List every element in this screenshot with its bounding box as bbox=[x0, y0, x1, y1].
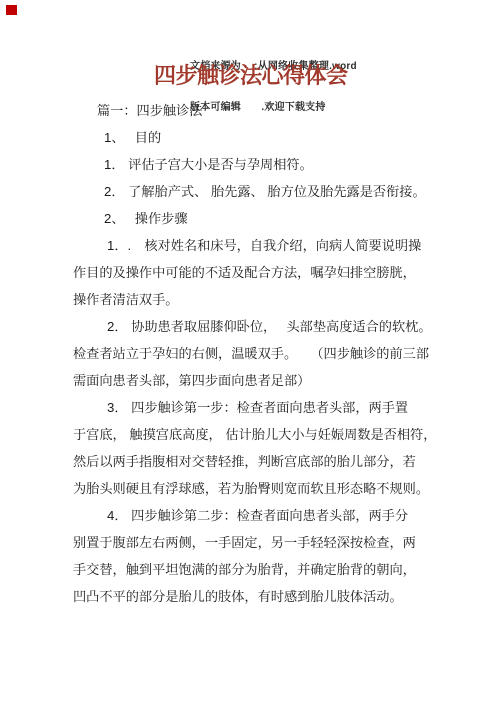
text-line: 篇一：四步触诊法 bbox=[0, 97, 500, 124]
text-line: 1、 目的 bbox=[0, 124, 500, 151]
text-line: 1． 评估子宫大小是否与孕周相符。 bbox=[0, 151, 500, 178]
text-line: 作目的及操作中可能的不适及配合方法，嘱孕妇排空膀胱， bbox=[0, 259, 500, 286]
text-line: 然后以两手指腹相对交替轻推，判断宫底部的胎儿部分，若 bbox=[0, 448, 500, 475]
text-line: 于宫底， 触摸宫底高度， 估计胎儿大小与妊娠周数是否相符， bbox=[0, 421, 500, 448]
text-line: 手交替，触到平坦饱满的部分为胎背，并确定胎背的朝向， bbox=[0, 556, 500, 583]
red-corner-marker bbox=[6, 5, 17, 15]
text-line: 凹凸不平的部分是胎儿的肢体，有时感到胎儿肢体活动。 bbox=[0, 583, 500, 610]
document-title: 四步触诊法心得体会 bbox=[154, 59, 348, 90]
text-line: 1．. 核对姓名和床号，自我介绍，向病人简要说明操 bbox=[0, 232, 500, 259]
text-line: 别置于腹部左右两侧，一手固定，另一手轻轻深按检查，两 bbox=[0, 529, 500, 556]
text-line: 需面向患者头部，第四步面向患者足部） bbox=[0, 367, 500, 394]
text-line: 检查者站立于孕妇的右侧，温暖双手。 （四步触诊的前三部 bbox=[0, 340, 500, 367]
document-page: 文档来源为 :从网络收集整理.word 版本可编辑 .欢迎下载支持 四步触诊法心… bbox=[0, 0, 500, 708]
text-line: 2． 协助患者取屈膝仰卧位， 头部垫高度适合的软枕。 bbox=[0, 313, 500, 340]
text-line: 2、 操作步骤 bbox=[0, 205, 500, 232]
text-line: 3． 四步触诊第一步：检查者面向患者头部，两手置 bbox=[0, 394, 500, 421]
text-line: 操作者清洁双手。 bbox=[0, 286, 500, 313]
document-body: 篇一：四步触诊法1、 目的1． 评估子宫大小是否与孕周相符。2． 了解胎产式、 … bbox=[0, 97, 500, 610]
text-line: 4． 四步触诊第二步：检查者面向患者头部，两手分 bbox=[0, 502, 500, 529]
text-line: 为胎头则硬且有浮球感，若为胎臀则宽而软且形态略不规则。 bbox=[0, 475, 500, 502]
text-line: 2． 了解胎产式、 胎先露、 胎方位及胎先露是否衔接。 bbox=[0, 178, 500, 205]
